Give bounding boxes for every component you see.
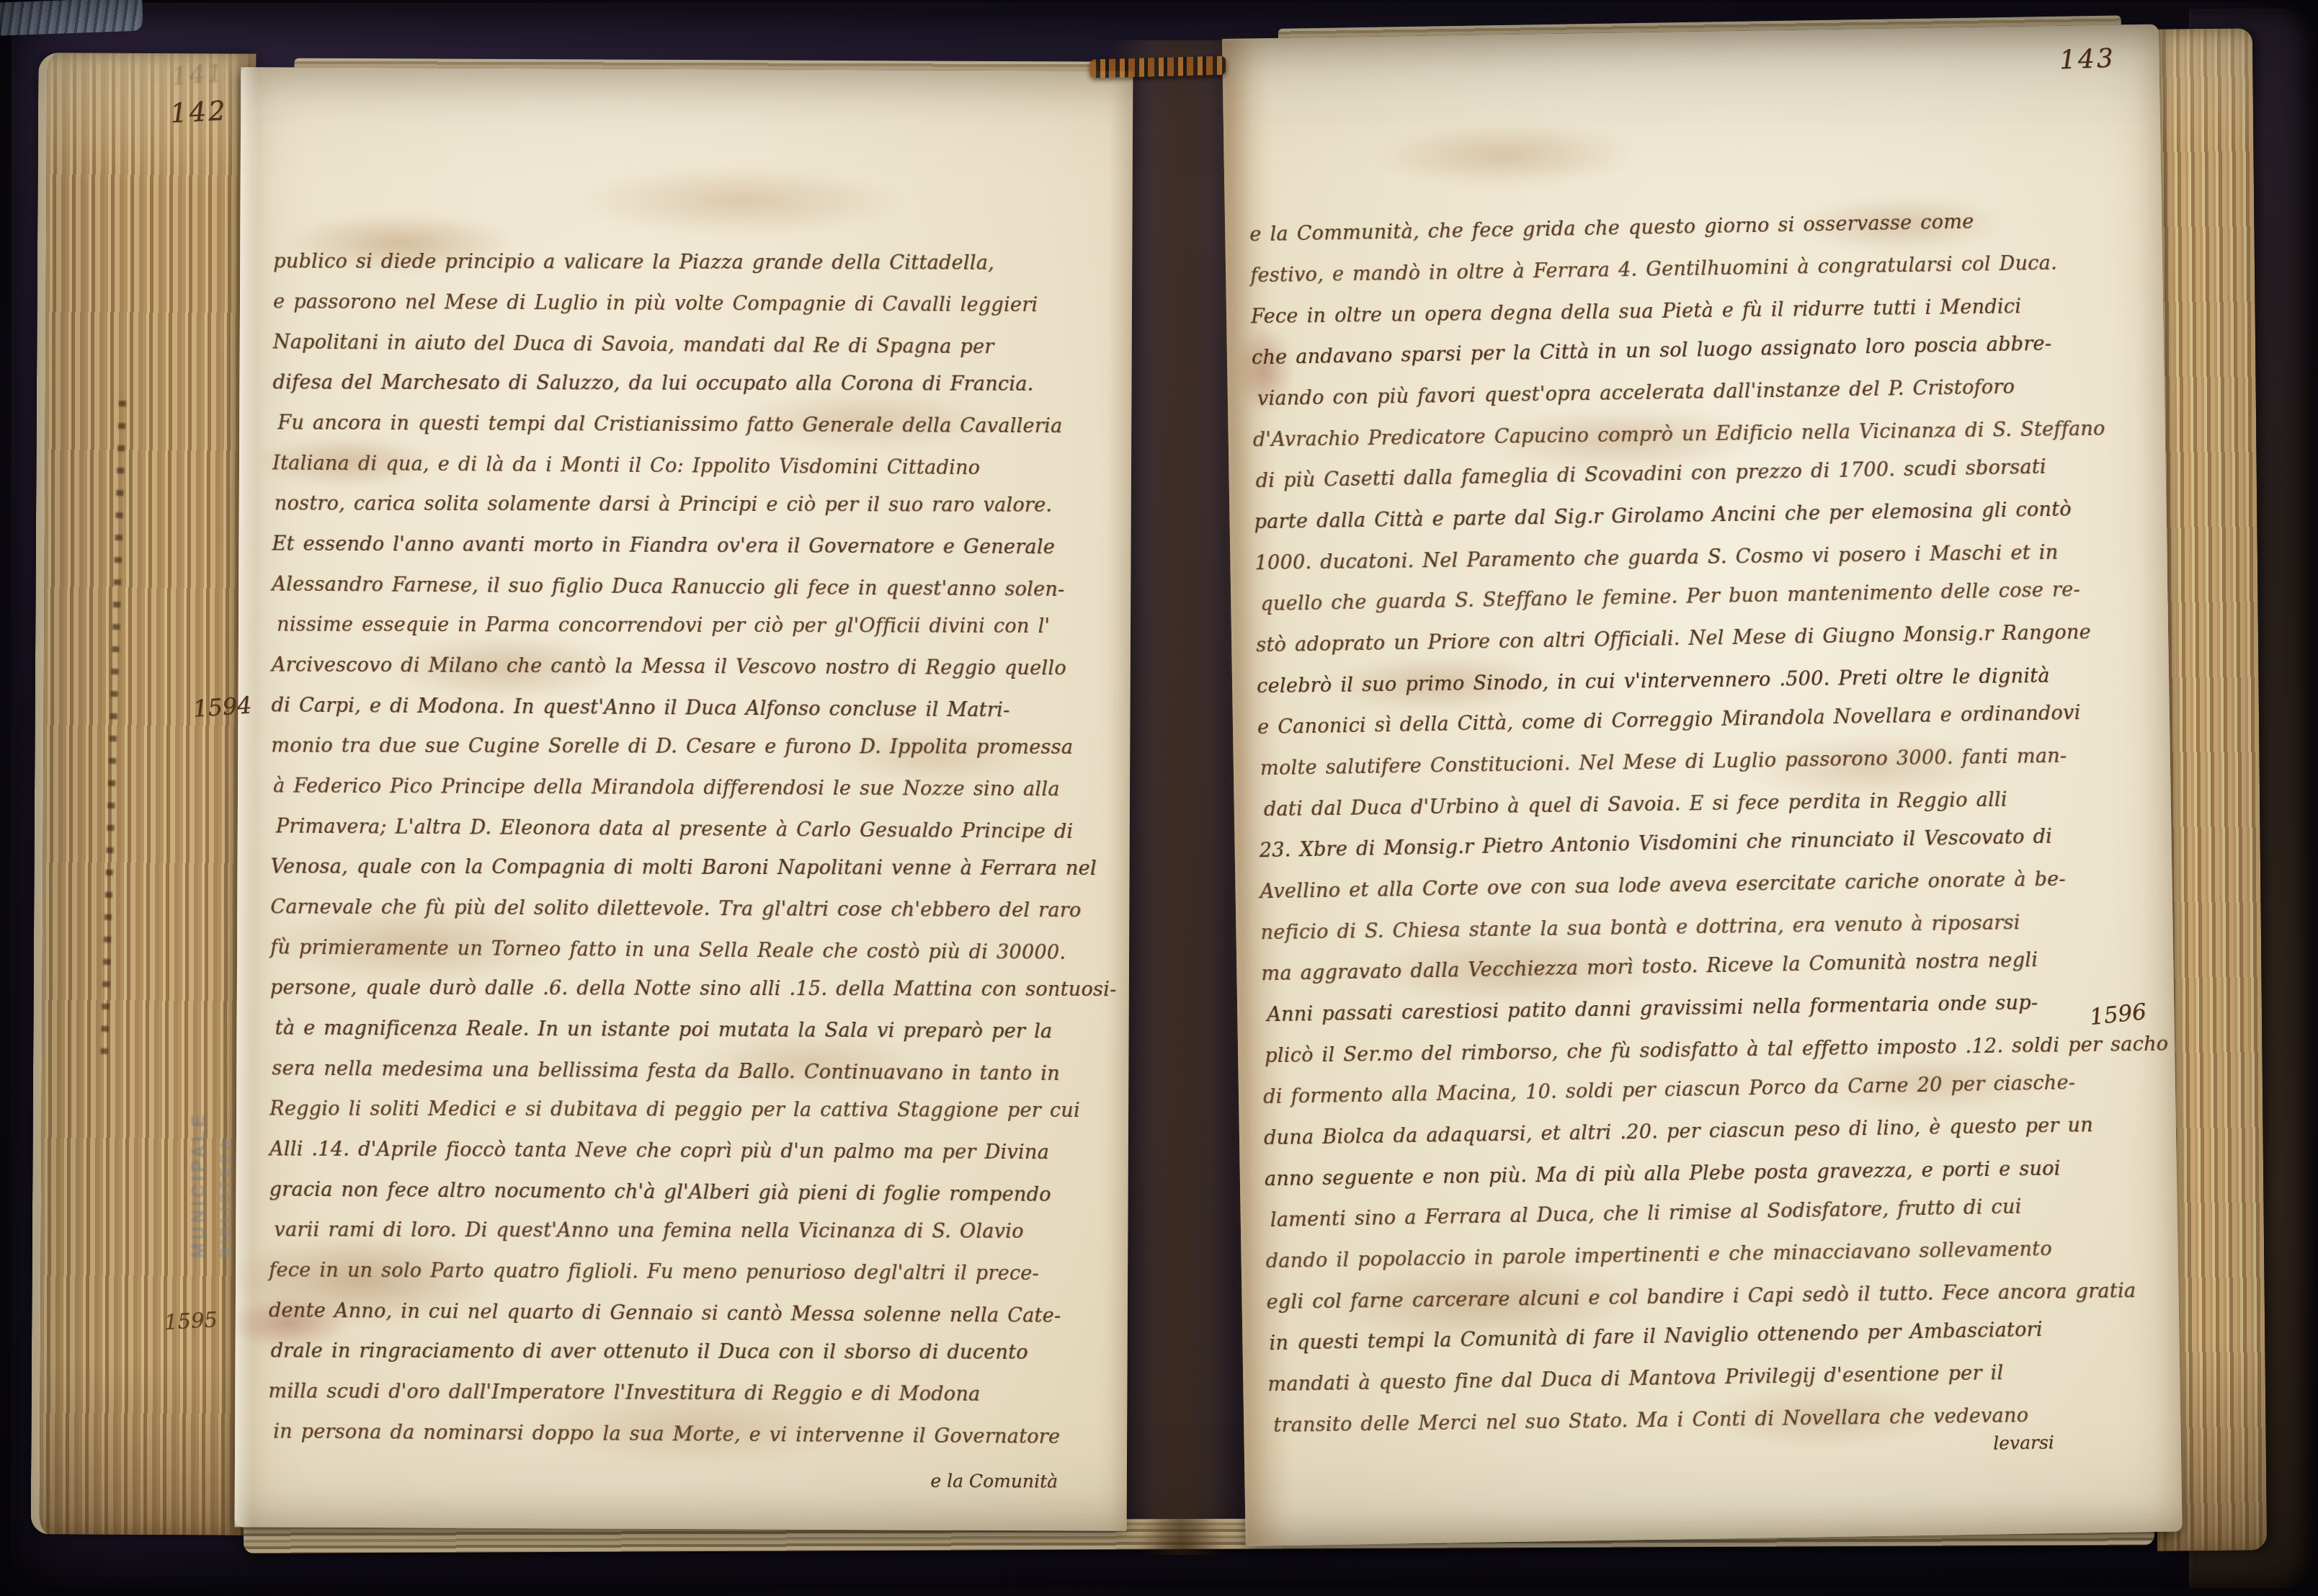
folio-number-left: 142 <box>169 95 228 129</box>
manuscript-line: dente Anno, in cui nel quarto di Gennaio… <box>269 1290 1097 1337</box>
headband <box>1089 56 1227 79</box>
manuscript-line: nissime essequie in Parma concorrendovi … <box>277 605 1100 648</box>
folio-number-showthrough: 141 <box>171 58 226 91</box>
manuscript-line: Arcivescovo di Milano che cantò la Messa… <box>272 646 1100 690</box>
manuscript-line: monio tra due sue Cugine Sorelle di D. C… <box>271 726 1100 769</box>
manuscript-line: e passorono nel Mese di Luglio in più vo… <box>273 282 1102 326</box>
manuscript-line: persone, quale durò dalle .6. della Nott… <box>270 968 1099 1010</box>
manuscript-line: drale in ringraciamento di aver ottenuto… <box>271 1332 1097 1374</box>
manuscript-line: publico si diede principio a valicare la… <box>273 242 1102 285</box>
manuscript-line: Alli .14. d'Aprile fioccò tanta Neve che… <box>269 1129 1098 1173</box>
manuscript-line: Primavera; L'altra D. Eleonora data al p… <box>276 807 1100 853</box>
manuscript-line: varii rami di loro. Di quest'Anno una fe… <box>274 1211 1097 1253</box>
manuscript-line: difesa del Marchesato di Saluzzo, da lui… <box>272 363 1101 406</box>
manuscript-line: Italiana di qua, e di là da i Monti il C… <box>272 444 1101 490</box>
manuscript-line: Reggio li soliti Medici e si dubitava di… <box>269 1089 1098 1131</box>
left-page-text: publico si diede principio a valicare la… <box>268 242 1102 1456</box>
right-page: e la Communità, che fece grida che quest… <box>1222 24 2183 1546</box>
manuscript-line: gracia non fece altro nocumento ch'à gl'… <box>269 1169 1097 1216</box>
folio-number-right: 143 <box>2059 44 2116 76</box>
right-page-text: e la Communità, che fece grida che quest… <box>1249 201 2136 1447</box>
manuscript-line: Venosa, quale con la Compagnia di molti … <box>271 847 1100 889</box>
manuscript-line: in persona da nominarsi doppo la sua Mor… <box>273 1412 1097 1458</box>
manuscript-line: Carnevale che fù più del solito dilettev… <box>270 887 1099 931</box>
left-page: publico si diede principio a valicare la… <box>235 67 1133 1530</box>
manuscript-line: fù primieramente un Torneo fatto in una … <box>270 927 1099 973</box>
manuscript-line: à Federico Pico Principe della Mirandola… <box>273 767 1100 811</box>
manuscript-line: Alessandro Farnese, il suo figlio Duca R… <box>272 565 1100 611</box>
catchword-left: e la Comunità <box>930 1471 1058 1492</box>
fore-edge-left <box>31 53 257 1535</box>
binding-cloth-fragment <box>0 0 143 35</box>
manuscript-line: Et essendo l'anno avanti morto in Fiandr… <box>272 525 1100 569</box>
manuscript-line: Fu ancora in questi tempi dal Cristianis… <box>277 404 1101 447</box>
manuscript-line: tà e magnificenza Reale. In un istante p… <box>275 1009 1098 1053</box>
margin-year-note-1594: 1594 <box>192 691 253 723</box>
manuscript-line: sera nella medesima una bellissima festa… <box>272 1049 1098 1095</box>
manuscript-line: fece in un solo Parto quatro figlioli. F… <box>269 1250 1097 1294</box>
manuscript-line: nostro, carica solita solamente darsi à … <box>275 484 1101 527</box>
manuscript-line: di Carpi, e di Modona. In quest'Anno il … <box>271 686 1100 732</box>
catchword-right: levarsi <box>1993 1432 2054 1453</box>
manuscript-photo: publico si diede principio a valicare la… <box>0 0 2318 1596</box>
manuscript-line: Napolitani in aiuto del Duca di Savoia, … <box>273 323 1102 369</box>
margin-year-note-1595: 1595 <box>164 1307 218 1334</box>
manuscript-line: milla scudi d'oro dall'Imperatore l'Inve… <box>268 1371 1097 1415</box>
